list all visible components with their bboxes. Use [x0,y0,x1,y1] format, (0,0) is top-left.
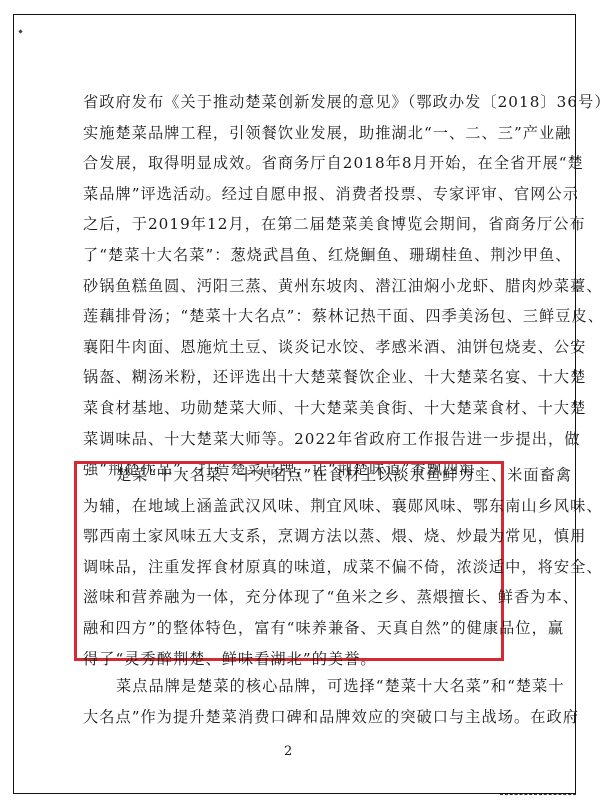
text-line: 之后，于2019年12月，在第二届楚菜美食博览会期间，省商务厅公布 [83,209,493,240]
text-line: 实施楚菜品牌工程，引领餐饮业发展，助推湖北“一、二、三”产业融 [83,118,493,149]
text-line: 襄阳牛肉面、恩施炕土豆、谈炎记水饺、孝感米酒、油饼包烧麦、公安 [83,332,493,363]
paragraph-highlighted-dishes: 楚菜“十大名菜、十大名点”在食材上以淡水鱼鲜为主、米面畜禽 为辅，在地域上涵盖武… [83,460,493,674]
text-line: 楚菜“十大名菜、十大名点”在食材上以淡水鱼鲜为主、米面畜禽 [83,460,493,491]
text-line: 莲藕排骨汤；“楚菜十大名点”：蔡林记热干面、四季美汤包、三鲜豆皮、 [83,301,493,332]
text-line: 滋味和营养融为一体，充分体现了“鱼米之乡、蒸煨擅长、鲜香为本、 [83,582,493,613]
text-line: 得了“灵秀醉荆楚、鲜味看湖北”的美誉。 [83,644,493,675]
text-line: 了“楚菜十大名菜”：葱烧武昌鱼、红烧鮰鱼、珊瑚桂鱼、荆沙甲鱼、 [83,240,493,271]
text-line: 砂锅鱼糕鱼圆、沔阳三蒸、黄州东坡肉、潜江油焖小龙虾、腊肉炒菜薹、 [83,271,493,302]
text-line: 为辅，在地域上涵盖武汉风味、荆宜风味、襄郧风味、鄂东南山乡风味、 [83,491,493,522]
page-number: 2 [284,744,292,759]
paragraph-policy-background: 省政府发布《关于推动楚菜创新发展的意见》（鄂政办发〔2018〕36号）， 实施楚… [83,87,493,485]
paragraph-brand-strategy: 菜点品牌是楚菜的核心品牌，可选择“楚菜十大名菜”和“楚菜十 大名点”作为提升楚菜… [83,671,493,732]
text-line: 省政府发布《关于推动楚菜创新发展的意见》（鄂政办发〔2018〕36号）， [83,87,493,118]
text-line: 鄂西南土家风味五大支系，烹调方法以蒸、煨、烧、炒最为常见，慎用 [83,521,493,552]
text-line: 大名点”作为提升楚菜消费口碑和品牌效应的突破口与主战场。在政府 [83,702,493,733]
text-line: 锅盔、糊汤米粉，还评选出十大楚菜餐饮企业、十大楚菜名宴、十大楚 [83,362,493,393]
scan-edge-dashes [500,794,576,795]
text-line: 合发展，取得明显成效。省商务厅自2018年8月开始，在全省开展“楚 [83,148,493,179]
text-line: 菜食材基地、功勋楚菜大师、十大楚菜美食街、十大楚菜食材、十大楚 [83,393,493,424]
text-line: 调味品，注重发挥食材原真的味道，成菜不偏不倚，浓淡适中，将安全、 [83,552,493,583]
text-line: 融和四方”的整体特色，富有“味养兼备、天真自然”的健康品位，赢 [83,613,493,644]
text-line: 菜调味品、十大楚菜大师等。2022年省政府工作报告进一步提出，做 [83,424,493,455]
text-line: 菜点品牌是楚菜的核心品牌，可选择“楚菜十大名菜”和“楚菜十 [83,671,493,702]
text-line: 菜品牌”评选活动。经过自愿申报、消费者投票、专家评审、官网公示 [83,179,493,210]
